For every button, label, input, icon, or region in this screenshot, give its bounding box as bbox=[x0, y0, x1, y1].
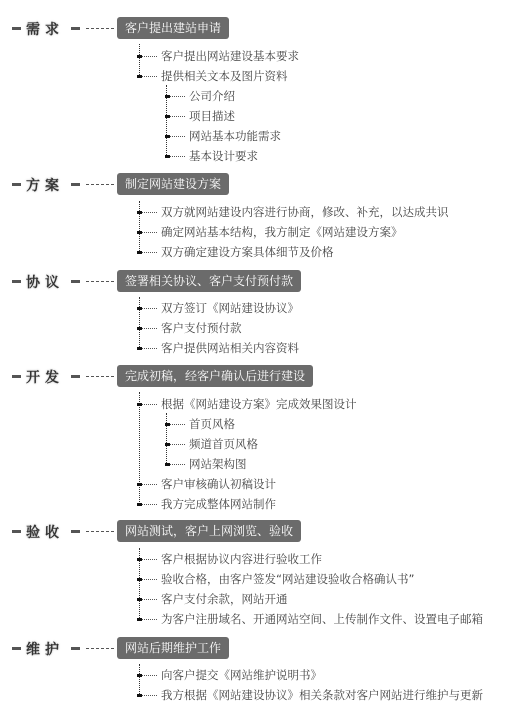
stage-title: 开发 bbox=[26, 367, 64, 387]
item-text: 双方就网站建设内容进行协商，修改、补充，以达成共识 bbox=[161, 202, 449, 222]
stage-proposal: 方案 制定网站建设方案 bbox=[0, 173, 512, 197]
connector-dots bbox=[142, 484, 157, 485]
dash-icon bbox=[12, 183, 21, 186]
tree-line bbox=[139, 392, 140, 504]
item-text: 频道首页风格 bbox=[189, 434, 258, 454]
connector-dots bbox=[170, 464, 185, 465]
item-text: 基本设计要求 bbox=[189, 146, 258, 166]
connector-line bbox=[86, 28, 114, 29]
connector-dots bbox=[142, 348, 157, 349]
connector-dots bbox=[142, 232, 157, 233]
connector-dots bbox=[142, 504, 157, 505]
item-text: 双方签订《网站建设协议》 bbox=[161, 298, 299, 318]
connector-dots bbox=[170, 156, 185, 157]
connector-dots bbox=[142, 695, 157, 696]
stage-requirements: 需求 客户提出建站申请 bbox=[0, 17, 512, 41]
connector-dots bbox=[170, 444, 185, 445]
item-text: 客户支付余款，网站开通 bbox=[161, 589, 288, 609]
stage-badge: 完成初稿，经客户确认后进行建设 bbox=[117, 365, 313, 387]
item-text: 我方根据《网站建设协议》相关条款对客户网站进行维护与更新 bbox=[161, 685, 483, 705]
stage-badge: 客户提出建站申请 bbox=[117, 17, 229, 39]
dash-icon bbox=[71, 530, 80, 533]
item-text: 首页风格 bbox=[189, 414, 235, 434]
stage-badge: 制定网站建设方案 bbox=[117, 173, 229, 195]
connector-line bbox=[86, 184, 114, 185]
item-text: 网站基本功能需求 bbox=[189, 126, 281, 146]
stage-title: 验收 bbox=[26, 522, 64, 542]
dash-icon bbox=[71, 280, 80, 283]
stage-acceptance: 验收 网站测试，客户上网浏览、验收 bbox=[0, 520, 512, 544]
item-text: 验收合格，由客户签发“网站建设验收合格确认书” bbox=[161, 569, 414, 589]
connector-line bbox=[86, 376, 114, 377]
dash-icon bbox=[12, 647, 21, 650]
dash-icon bbox=[71, 183, 80, 186]
stage-title: 维护 bbox=[26, 639, 64, 659]
connector-line bbox=[86, 531, 114, 532]
connector-dots bbox=[142, 675, 157, 676]
tree-line bbox=[139, 201, 140, 253]
stage-agreement: 协议 签署相关协议、客户支付预付款 bbox=[0, 270, 512, 294]
connector-dots bbox=[142, 599, 157, 600]
dash-icon bbox=[71, 647, 80, 650]
item-text: 向客户提交《网站维护说明书》 bbox=[161, 665, 322, 685]
stage-maintenance: 维护 网站后期维护工作 bbox=[0, 637, 512, 661]
connector-dots bbox=[142, 328, 157, 329]
item-text: 网站架构图 bbox=[189, 454, 247, 474]
connector-dots bbox=[142, 212, 157, 213]
connector-dots bbox=[170, 116, 185, 117]
item-text: 客户支付预付款 bbox=[161, 318, 242, 338]
item-text: 项目描述 bbox=[189, 106, 235, 126]
dash-icon bbox=[12, 27, 21, 30]
stage-badge: 签署相关协议、客户支付预付款 bbox=[117, 270, 301, 292]
stage-title: 方案 bbox=[26, 175, 64, 195]
item-text: 根据《网站建设方案》完成效果图设计 bbox=[161, 394, 357, 414]
connector-dots bbox=[142, 76, 157, 77]
stage-development: 开发 完成初稿，经客户确认后进行建设 bbox=[0, 365, 512, 389]
item-text: 我方完成整体网站制作 bbox=[161, 494, 276, 514]
stage-badge: 网站后期维护工作 bbox=[117, 637, 229, 659]
tree-line bbox=[139, 664, 140, 696]
item-text: 客户审核确认初稿设计 bbox=[161, 474, 276, 494]
connector-line bbox=[86, 281, 114, 282]
stage-title: 协议 bbox=[26, 272, 64, 292]
item-text: 确定网站基本结构，我方制定《网站建设方案》 bbox=[161, 222, 403, 242]
dash-icon bbox=[12, 530, 21, 533]
connector-line bbox=[86, 648, 114, 649]
connector-dots bbox=[142, 559, 157, 560]
tree-line bbox=[139, 44, 140, 77]
connector-dots bbox=[142, 404, 157, 405]
connector-dots bbox=[142, 619, 157, 620]
item-text: 提供相关文本及图片资料 bbox=[161, 66, 288, 86]
tree-line bbox=[139, 297, 140, 349]
connector-dots bbox=[142, 308, 157, 309]
item-text: 为客户注册域名、开通网站空间、上传制作文件、设置电子邮箱 bbox=[161, 609, 483, 629]
stage-title: 需求 bbox=[26, 19, 64, 39]
dash-icon bbox=[71, 27, 80, 30]
connector-dots bbox=[142, 56, 157, 57]
item-text: 客户根据协议内容进行验收工作 bbox=[161, 549, 322, 569]
item-text: 客户提供网站相关内容资料 bbox=[161, 338, 299, 358]
item-text: 双方确定建设方案具体细节及价格 bbox=[161, 242, 334, 262]
connector-dots bbox=[170, 96, 185, 97]
tree-line bbox=[166, 413, 167, 465]
item-text: 客户提出网站建设基本要求 bbox=[161, 46, 299, 66]
dash-icon bbox=[71, 375, 80, 378]
stage-badge: 网站测试，客户上网浏览、验收 bbox=[117, 520, 301, 542]
connector-dots bbox=[170, 136, 185, 137]
dash-icon bbox=[12, 280, 21, 283]
connector-dots bbox=[170, 424, 185, 425]
connector-dots bbox=[142, 579, 157, 580]
connector-dots bbox=[142, 252, 157, 253]
dash-icon bbox=[12, 375, 21, 378]
item-text: 公司介绍 bbox=[189, 86, 235, 106]
